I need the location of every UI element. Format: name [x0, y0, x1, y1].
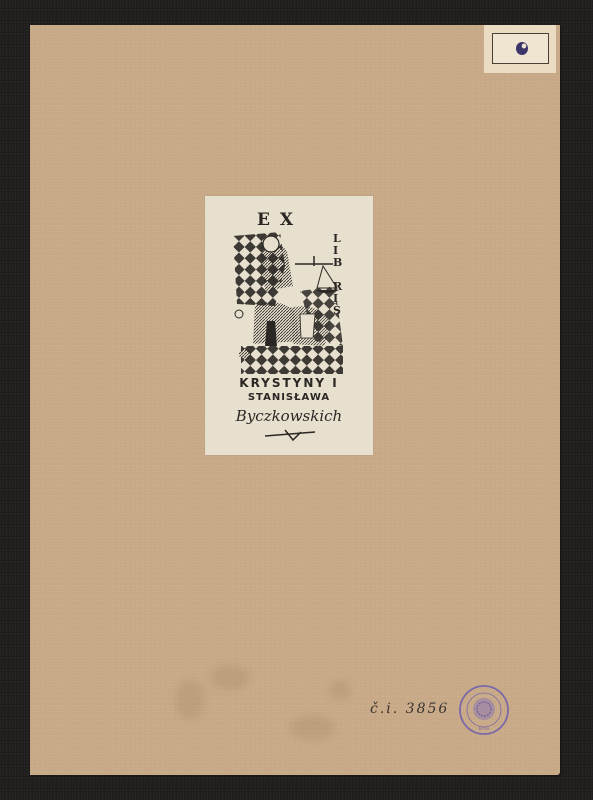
catalog-number: č.i. 3856 — [370, 701, 449, 717]
exlibris-heading: E X — [257, 210, 295, 230]
label-box — [492, 33, 549, 64]
owner-line-2: STANISŁAWA — [205, 392, 373, 403]
svg-text:S: S — [333, 304, 341, 317]
stain — [290, 715, 335, 740]
owner-line-3: Byczkowskich — [205, 407, 373, 425]
institution-stamp-icon: Brno — [458, 684, 510, 736]
ink-mark-icon — [515, 40, 529, 56]
bookplate: L I B R I S E X KRYSTYNY I STANISŁAWA By… — [205, 196, 373, 455]
owner-line-1: KRYSTYNY I — [205, 376, 373, 390]
stain — [330, 680, 350, 700]
paper-sheet: L I B R I S E X KRYSTYNY I STANISŁAWA By… — [30, 25, 560, 775]
stain — [175, 680, 205, 720]
stain — [210, 665, 250, 690]
svg-text:B: B — [333, 256, 342, 269]
corner-label — [484, 25, 556, 73]
svg-text:Brno: Brno — [479, 726, 490, 732]
